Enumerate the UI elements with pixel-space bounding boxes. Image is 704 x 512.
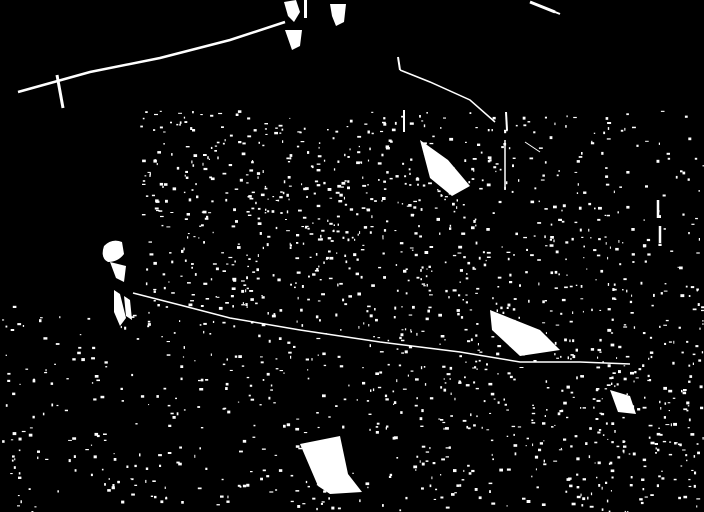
photo-scene [0, 0, 704, 512]
thresholded-photo [0, 0, 704, 512]
rubble-speckles [2, 110, 704, 512]
worker-figure [103, 241, 132, 326]
top-equipment [284, 0, 346, 50]
bright-debris [420, 140, 636, 414]
white-sheet [300, 436, 362, 494]
